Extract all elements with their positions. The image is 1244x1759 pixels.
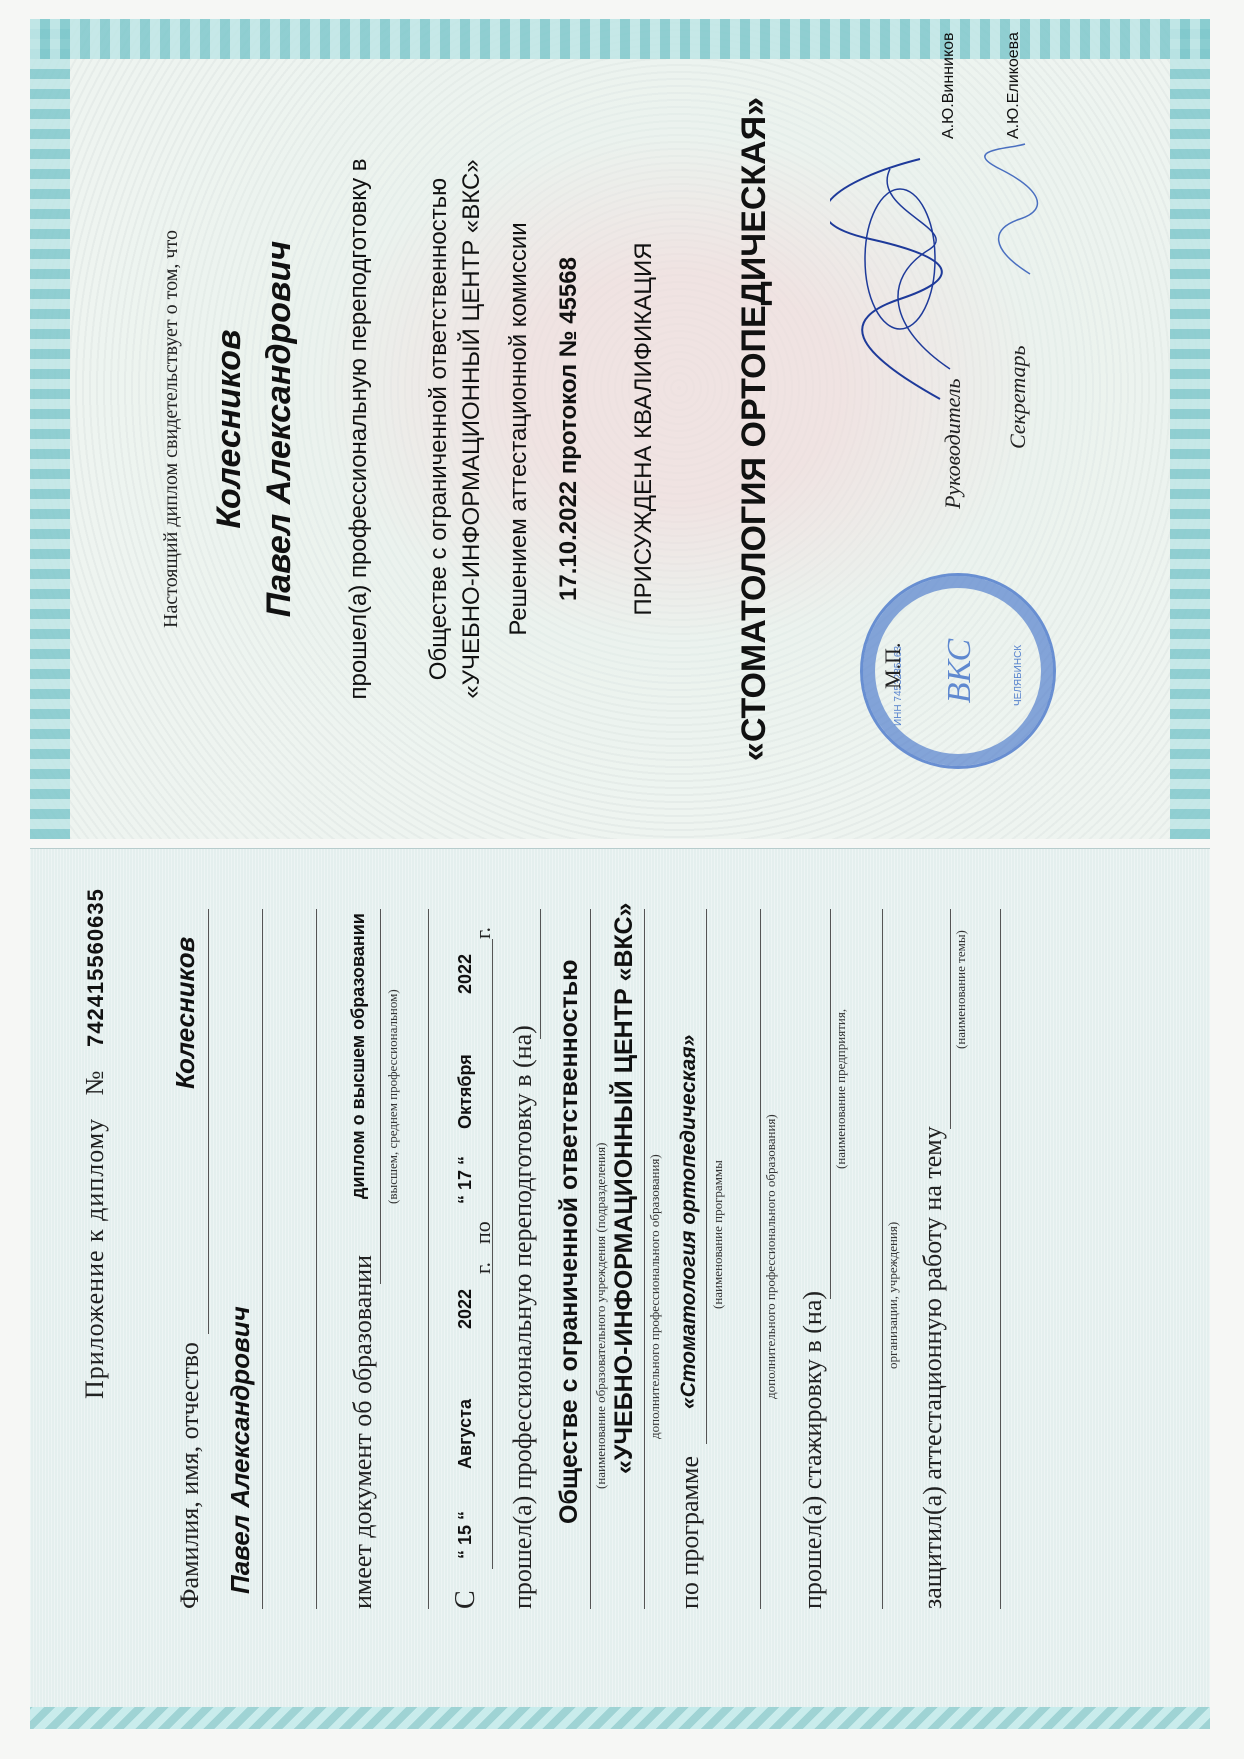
period-row: С (450, 1590, 482, 1609)
secretary-name: А.Ю.Еликоева (1005, 32, 1023, 139)
blank-line-2 (428, 909, 429, 1609)
edu-doc-hint: (высшем, среднем профессиональном) (385, 989, 401, 1204)
decorative-border-right (30, 19, 1210, 59)
appendix-org-line1: Обществе с ограниченной ответственностью (555, 960, 584, 1525)
period-line (492, 939, 493, 1569)
internship-hint-1: (наименование предприятия, (833, 1009, 849, 1169)
to-year: 2022 (455, 954, 476, 994)
head-signature-icon (830, 149, 970, 409)
appendix-org-line2: «УЧЕБНО-ИНФОРМАЦИОННЫЙ ЦЕНТР «ВКС» (610, 903, 639, 1474)
program-hint: (наименование программы (710, 1160, 726, 1309)
secretary-signature-icon (980, 139, 1050, 279)
appendix-page: Приложение к диплому № 742415560635 Фами… (30, 848, 1210, 1729)
appendix-title: Приложение к диплому № 742415560635 (80, 888, 110, 1399)
thesis-hint: (наименование темы) (953, 930, 969, 1049)
seal-label: М.П. (880, 643, 906, 689)
fio-label: Фамилия, имя, отчество (175, 1342, 205, 1609)
org-line-2 (644, 909, 645, 1609)
internship-line (830, 909, 831, 1299)
from-month: Августа (455, 1399, 476, 1469)
from-year: 2022 (455, 1289, 476, 1329)
diploma-surname: Колесников (210, 59, 249, 799)
from-day: “ 15 “ (455, 1511, 476, 1559)
thesis-line-2 (1000, 909, 1001, 1609)
stamp-logo: ВКС (941, 576, 979, 766)
internship-label: прошел(а) стажировку в (на) (798, 1291, 828, 1609)
secretary-label: Секретарь (1005, 345, 1031, 449)
name-line (262, 909, 263, 1609)
appendix-number: 742415560635 (83, 888, 108, 1047)
org-hint-2: дополнительного профессионального образо… (647, 1154, 663, 1439)
scan-canvas: Приложение к диплому № 742415560635 Фами… (0, 0, 1244, 1759)
diploma-awarded: ПРИСУЖДЕНА КВАЛИФИКАЦИЯ (630, 59, 658, 799)
to-year-suffix: г. (470, 927, 496, 939)
diploma-decision: Решением аттестационной комиссии (505, 59, 533, 799)
to-day: “ 17 “ (455, 1156, 476, 1204)
program-label: по программе (675, 1456, 705, 1609)
appendix-name-patronymic: Павел Александрович (225, 1306, 256, 1594)
blank-line (316, 909, 317, 1609)
diploma-qualification: «СТОМАТОЛОГИЯ ОРТОПЕДИЧЕСКАЯ» (735, 59, 774, 799)
diploma-spread: Приложение к диплому № 742415560635 Фами… (0, 0, 1244, 1759)
thesis-line (950, 909, 951, 1129)
edu-doc-label: имеет документ об образовании (348, 1255, 378, 1609)
thesis-label: защитил(а) аттестационную работу на тему (918, 1126, 948, 1609)
diploma-org-line1: Обществе с ограниченной ответственностью (425, 59, 453, 799)
decorative-border-top (30, 19, 70, 839)
retraining-label: прошел(а) профессиональную переподготовк… (508, 1025, 538, 1609)
edu-doc-line (380, 909, 381, 1284)
diploma-name-patronymic: Павел Александрович (260, 59, 299, 799)
program-line-2 (760, 909, 761, 1609)
org-line-1 (590, 909, 591, 1609)
program-hint-2: дополнительного профессионального образо… (763, 1114, 779, 1399)
diploma-page: Настоящий диплом свидетельствует о том, … (30, 19, 1210, 839)
internship-line-2 (882, 909, 883, 1609)
program-value: «Стоматология ортопедическая» (677, 1035, 701, 1409)
edu-doc-value: диплом о высшем образовании (348, 913, 369, 1199)
diploma-org-line2: «УЧЕБНО-ИНФОРМАЦИОННЫЙ ЦЕНТР «ВКС» (458, 59, 486, 799)
diploma-intro: Настоящий диплом свидетельствует о том, … (160, 59, 183, 799)
program-line (706, 909, 707, 1444)
decorative-edge (30, 1707, 1210, 1729)
head-name: А.Ю.Винников (940, 32, 958, 139)
diploma-protocol: 17.10.2022 протокол № 45568 (555, 59, 583, 799)
retraining-line (540, 909, 541, 1039)
stamp-city: ЧЕЛЯБИНСК (1013, 645, 1024, 706)
fio-line (208, 909, 209, 1334)
decorative-border-bottom (1170, 19, 1210, 839)
internship-hint-2: организации, учреждения) (885, 1222, 901, 1369)
org-hint-1: (наименование образовательного учреждени… (593, 1143, 609, 1489)
to-month: Октября (455, 1054, 476, 1129)
diploma-passed-text: прошел(а) профессиональную переподготовк… (345, 59, 373, 799)
appendix-surname: Колесников (170, 937, 201, 1089)
